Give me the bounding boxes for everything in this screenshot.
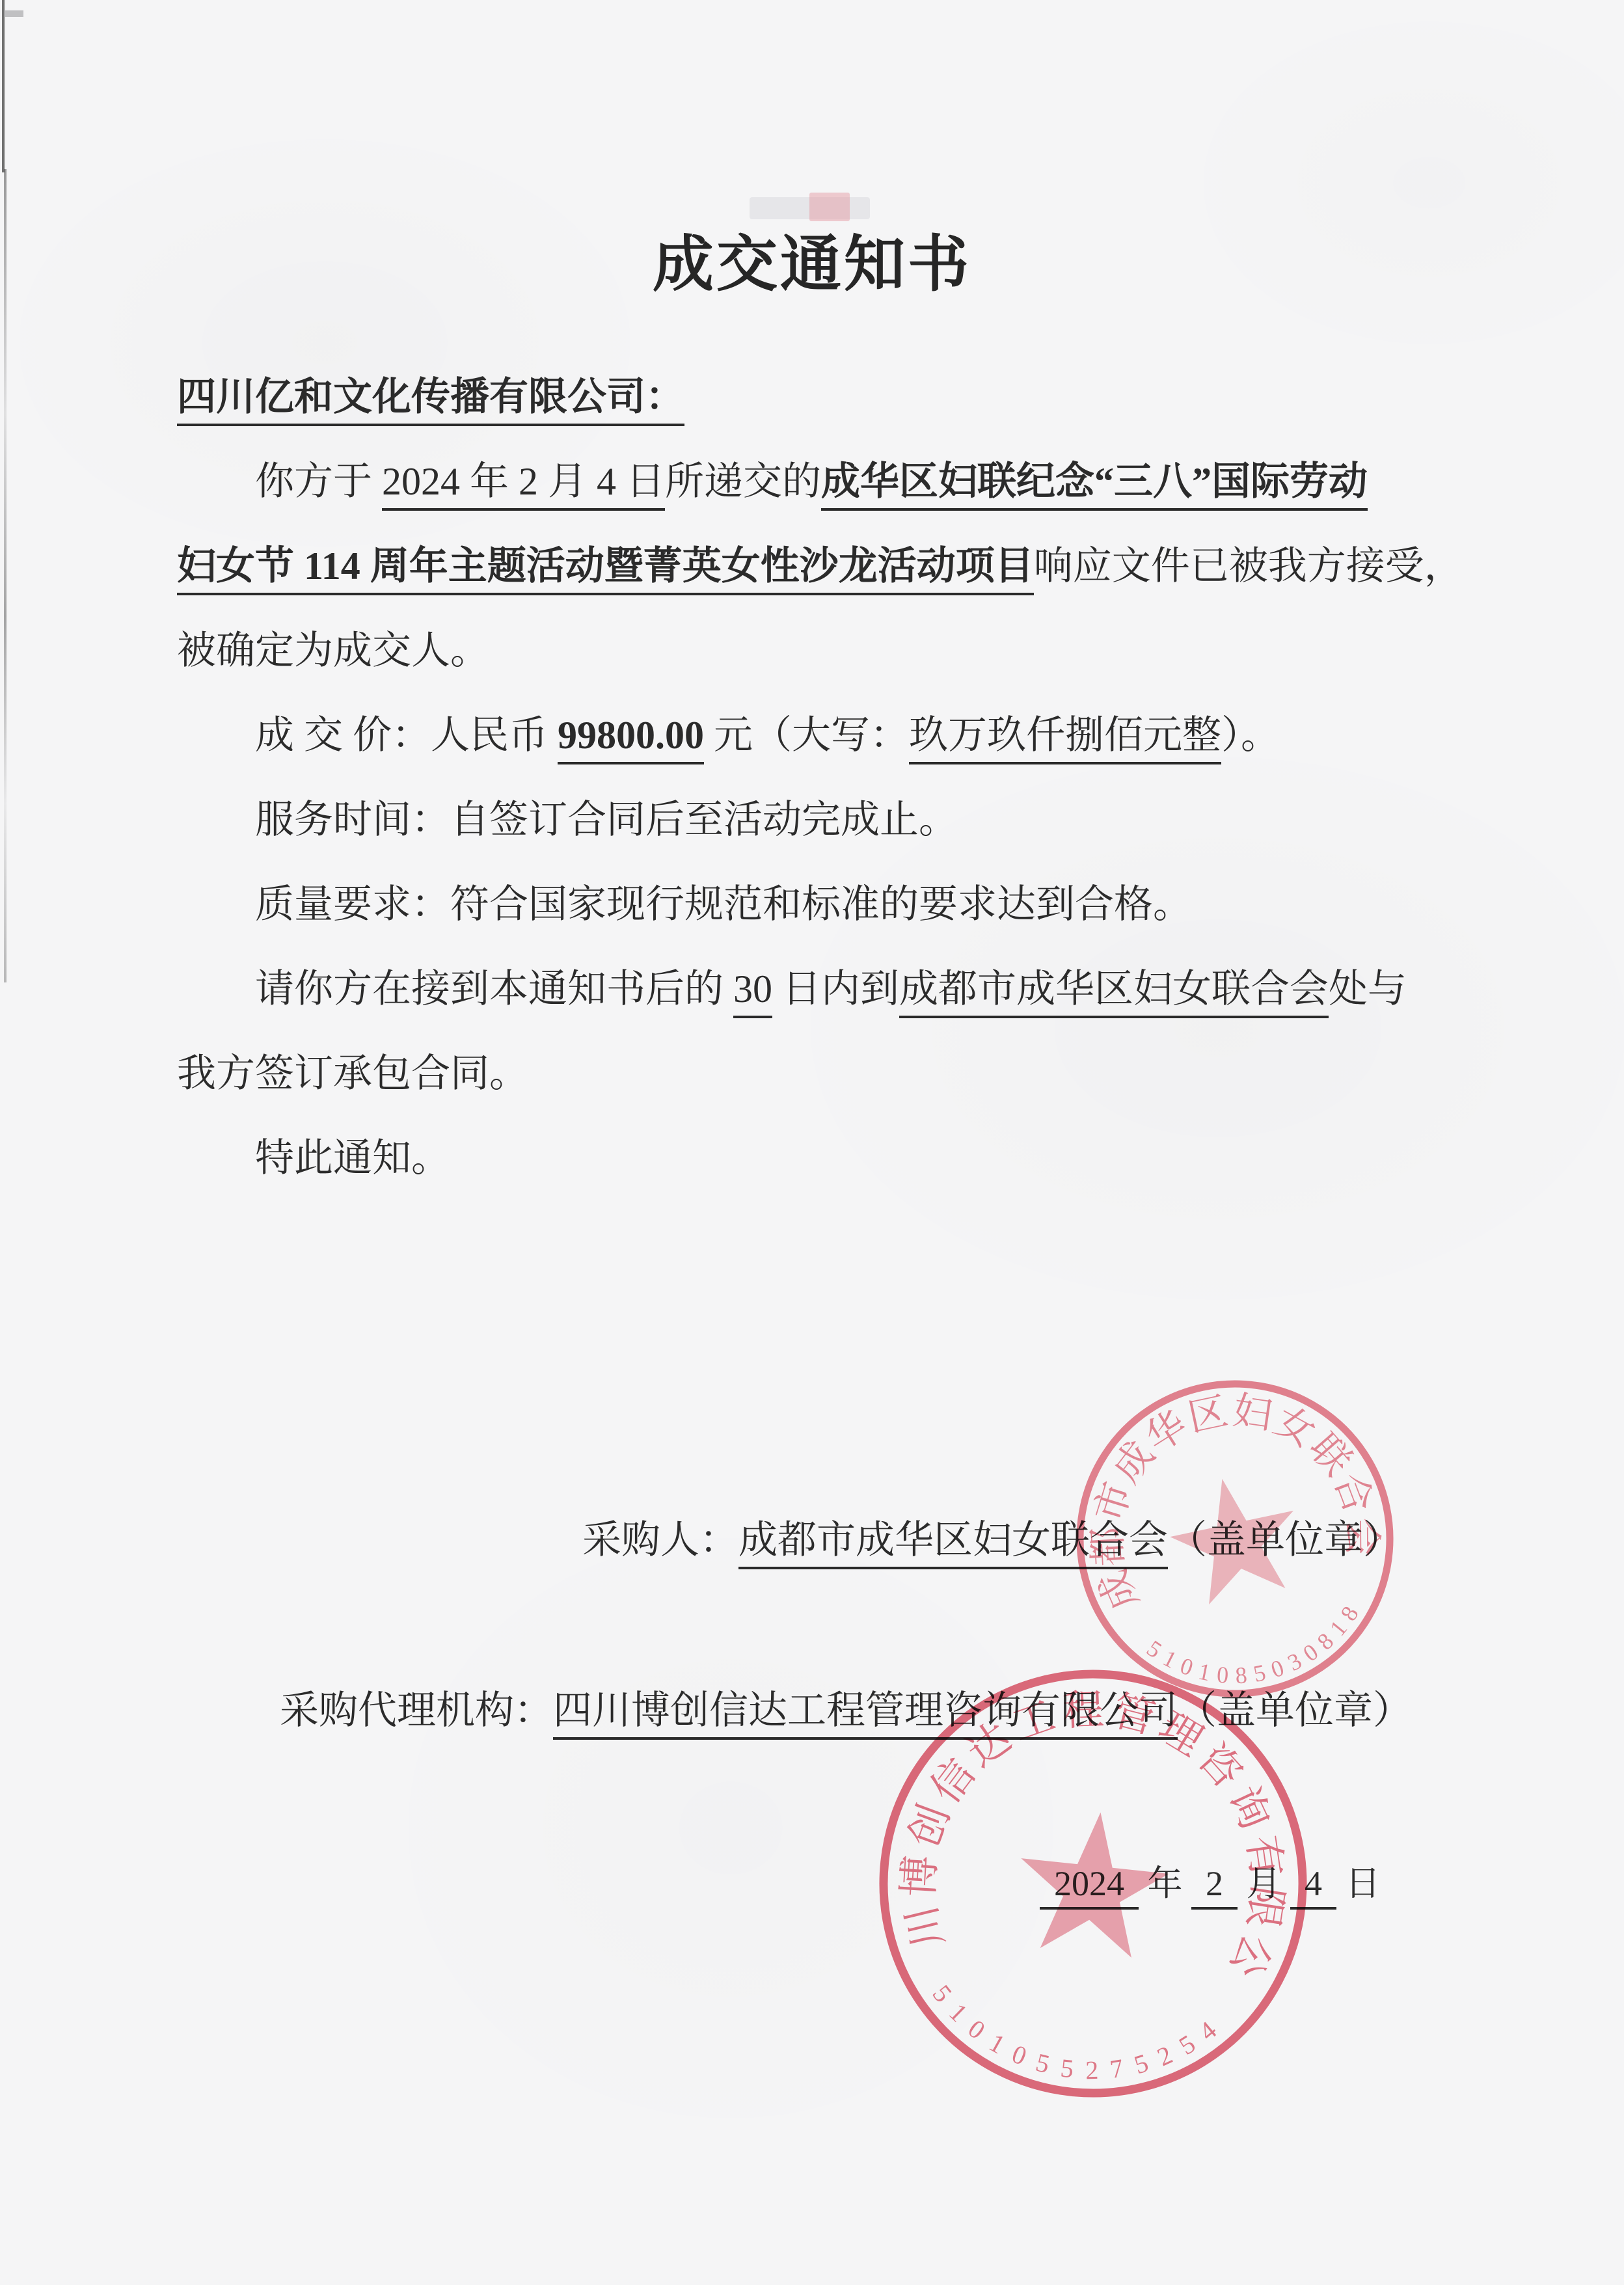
- service-time-line: 服务时间：自签订合同后至活动完成止。: [177, 777, 1452, 862]
- text-segment: 服务时间：自签订合同后至活动完成止。: [255, 798, 958, 841]
- text-segment: 响应文件已被我方接受，: [1034, 545, 1463, 588]
- quality-line: 质量要求：符合国家现行规范和标准的要求达到合格。: [177, 862, 1452, 947]
- text-segment: 采购人：: [582, 1519, 738, 1562]
- document-title: 成交通知书: [0, 215, 1624, 303]
- contract-line: 我方签订承包合同。: [177, 1031, 1452, 1116]
- seal-serial-text: 5101055275254: [919, 1977, 1234, 2100]
- text-segment: 成华区妇联纪念“三八”国际劳动: [821, 460, 1368, 511]
- text-segment: 日: [1336, 1864, 1381, 1903]
- scan-edge-artifact: [2, 0, 5, 172]
- text-segment: 处与: [1329, 967, 1407, 1010]
- text-segment: 你方于: [255, 460, 382, 503]
- text-segment: ）。: [1221, 714, 1280, 757]
- text-segment: 妇女节 114 周年主题活动暨菁英女性沙龙活动项目: [177, 545, 1034, 595]
- text-segment: 日内到: [772, 967, 899, 1010]
- text-segment: 30: [733, 967, 772, 1018]
- text-segment: 四川亿和文化传播有限公司：: [177, 375, 684, 426]
- document-body: 四川亿和文化传播有限公司： 你方于 2024 年 2 月 4 日所递交的成华区妇…: [177, 355, 1452, 1200]
- star-icon: [1161, 1466, 1309, 1610]
- text-segment: 所递交的: [665, 460, 821, 503]
- text-segment: 被确定为成交人。: [177, 629, 489, 672]
- scan-corner-artifact: [5, 10, 23, 17]
- notice-period-line: 请你方在接到本通知书后的 30 日内到成都市成华区妇女联合会处与: [177, 947, 1452, 1031]
- text-segment: 我方签订承包合同。: [177, 1052, 528, 1095]
- text-segment: 质量要求：符合国家现行规范和标准的要求达到合格。: [255, 883, 1192, 926]
- body-line-project-1: 你方于 2024 年 2 月 4 日所递交的成华区妇联纪念“三八”国际劳动: [177, 439, 1452, 524]
- price-line: 成 交 价：人民币 99800.00 元（大写：玖万玖仟捌佰元整）。: [177, 693, 1452, 777]
- body-line-project-2: 妇女节 114 周年主题活动暨菁英女性沙龙活动项目响应文件已被我方接受，: [177, 524, 1452, 608]
- scanned-document-page: 成交通知书 四川亿和文化传播有限公司： 你方于 2024 年 2 月 4 日所递…: [0, 0, 1624, 2285]
- text-segment: 成 交 价：人民币: [255, 714, 558, 757]
- text-segment: 玖万玖仟捌佰元整: [909, 714, 1221, 764]
- text-segment: 99800.00: [558, 714, 704, 764]
- text-segment: 特此通知。: [255, 1137, 450, 1180]
- closing-line: 特此通知。: [177, 1116, 1452, 1200]
- text-segment: 采购代理机构：: [280, 1689, 553, 1732]
- recipient-line: 四川亿和文化传播有限公司：: [177, 355, 1452, 439]
- text-segment: 元（大写：: [704, 714, 909, 757]
- text-segment: 2024 年 2 月 4 日: [382, 460, 665, 511]
- star-icon: [1012, 1805, 1174, 1961]
- text-segment: 请你方在接到本通知书后的: [255, 967, 733, 1010]
- official-seal-agency: 四川博创信达工程管理咨询有限公司 5101055275254: [843, 1633, 1343, 2133]
- text-segment: 成都市成华区妇女联合会: [899, 967, 1329, 1018]
- body-line-project-3: 被确定为成交人。: [177, 608, 1452, 693]
- seal-organization-text: 四川博创信达工程管理咨询有限公司: [843, 1633, 1317, 1992]
